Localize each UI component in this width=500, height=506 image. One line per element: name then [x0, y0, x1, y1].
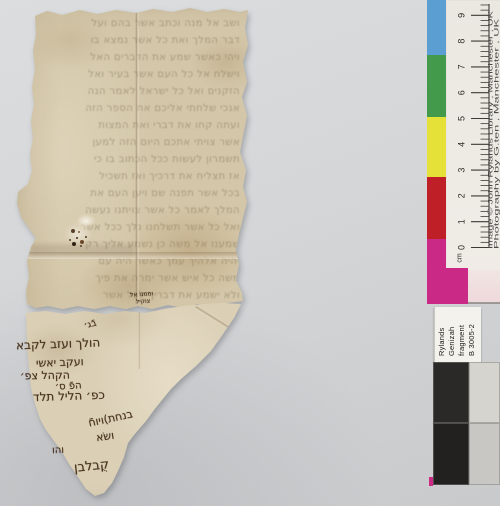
color-patch — [446, 268, 468, 304]
shelfmark-line: fragment — [457, 307, 467, 356]
ruler-number: 0 — [457, 245, 467, 250]
color-patch — [429, 477, 433, 486]
color-patch — [427, 55, 446, 117]
ruler-number: 2 — [457, 193, 467, 198]
damage-hole — [60, 212, 108, 250]
ruler-number: 9 — [457, 13, 467, 18]
shelfmark-label-text: Rylands Genizah fragment B 3005-2 — [435, 307, 481, 363]
grayscale-square — [433, 362, 469, 423]
grayscale-square — [433, 423, 469, 485]
bleedthrough-row: ויהי כאשר שמע את הדברים האל — [38, 49, 240, 66]
ruler-scale: 0123456789cmImage © John Rylands Library… — [445, 0, 500, 304]
bleedthrough-row: ולא ישמע את דבריך לכל אשר — [38, 287, 240, 304]
manuscript-fragment: ושב אל מנה וכתב אשר בהם ועלדבר המלך ואת … — [0, 0, 500, 506]
ruler-number: 8 — [457, 39, 467, 44]
bleedthrough-row: בכל אשר תפנה שם ויען העם את — [38, 185, 240, 202]
vertical-fold-crease-lower — [138, 311, 141, 369]
color-patch — [427, 117, 446, 177]
ruler-number: 5 — [457, 116, 467, 121]
shelfmark-line: B 3005-2 — [467, 307, 477, 356]
bleedthrough-row: משה כל איש אשר ימרה את פיך — [38, 270, 240, 287]
grayscale-square — [469, 362, 500, 423]
horizontal-crease — [28, 252, 240, 259]
ruler-number: 3 — [457, 168, 467, 173]
ruler-number: 7 — [457, 64, 467, 69]
shelfmark-label-card: Rylands Genizah fragment B 3005-2 — [434, 307, 481, 363]
bleedthrough-row: אשר צויתי אתכם היום הזה למען — [38, 134, 240, 151]
ruler-number: 4 — [457, 142, 467, 147]
bleedthrough-row: דבר המלך ואת כל אשר נמצא בו — [38, 32, 240, 49]
bleedthrough-row: אנכי שלחתי אליכם את הספר הזה — [38, 100, 240, 117]
shelfmark-line: Genizah — [447, 307, 457, 356]
bleedthrough-row: וישלח אל כל העם אשר בעיר ואל — [38, 66, 240, 83]
color-patch — [427, 0, 446, 55]
bleedthrough-row: אז תצליח את דרכיך ואז תשכיל — [38, 168, 240, 185]
grayscale-square — [469, 423, 500, 485]
bleedthrough-row: תשמרון לעשות ככל הכתוב בו כי — [38, 151, 240, 168]
shelfmark-line: Rylands — [437, 307, 447, 356]
cm-ruler-card: 0123456789cmImage © John Rylands Library… — [445, 0, 500, 304]
damage-speckles — [71, 229, 75, 233]
bleedthrough-text: ושב אל מנה וכתב אשר בהם ועלדבר המלך ואת … — [38, 15, 240, 304]
color-patch — [427, 177, 446, 239]
ruler-credit-line: Photography by G.ten , Manchester , UK — [494, 17, 500, 249]
vertical-fold-crease — [135, 13, 139, 304]
bleedthrough-row: הזקנים ואל כל ישראל לאמר הנה — [38, 83, 240, 100]
ruler-number: 1 — [457, 219, 467, 224]
ruler-number: 6 — [457, 90, 467, 95]
bleedthrough-row: ועתה קחו את דברי ואת המצות — [38, 117, 240, 134]
photographed-scan: ושב אל מנה וכתב אשר בהם ועלדבר המלך ואת … — [0, 0, 500, 506]
bleedthrough-row: ושב אל מנה וכתב אשר בהם ועל — [38, 15, 240, 32]
color-patch — [427, 239, 446, 304]
ruler-unit-label: cm — [457, 253, 464, 263]
diagonal-tear-crease — [194, 306, 241, 337]
